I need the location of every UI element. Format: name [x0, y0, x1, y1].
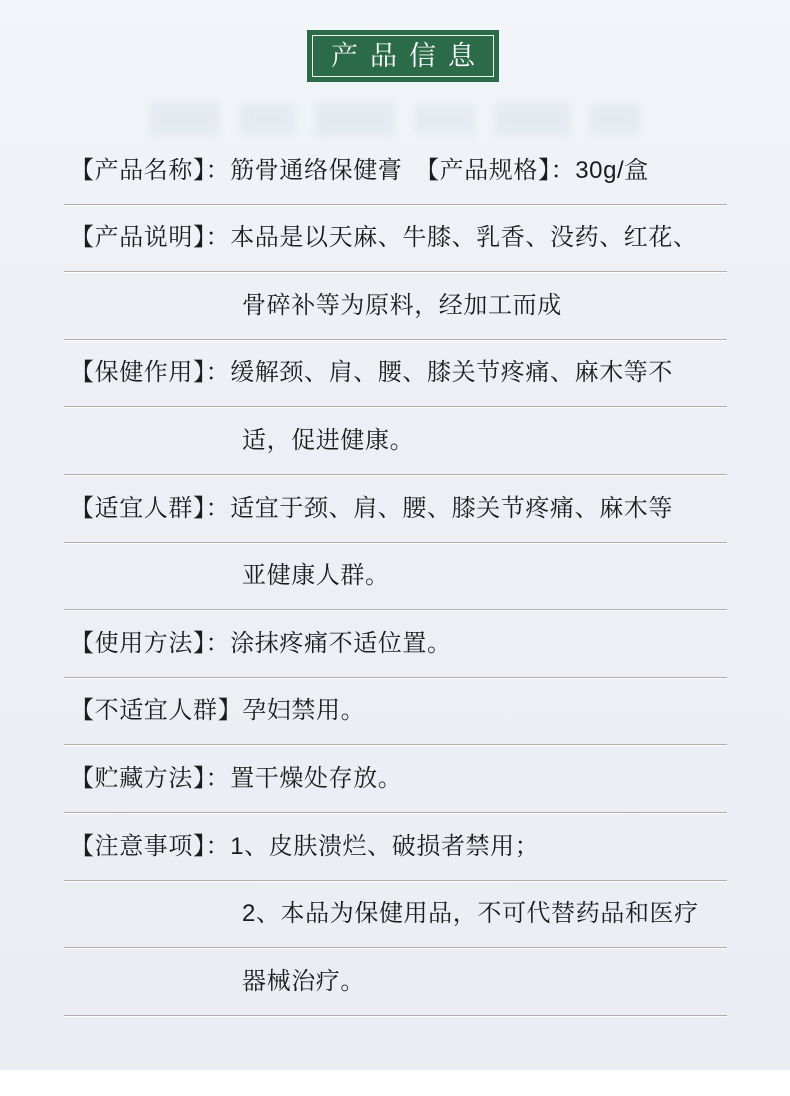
- info-line-text: 亚健康人群。: [242, 560, 390, 591]
- info-line: 【产品名称】：筋骨通络保健膏 【产品规格】：30g/盒: [64, 137, 727, 205]
- product-info-list: 【产品名称】：筋骨通络保健膏 【产品规格】：30g/盒【产品说明】：本品是以天麻…: [64, 137, 727, 1016]
- info-line: 适，促进健康。: [64, 407, 727, 475]
- info-line-text: 【使用方法】：涂抹疼痛不适位置。: [70, 628, 452, 659]
- section-title: 产品信息: [331, 43, 487, 70]
- info-line-text: 2、本品为保健用品，不可代替药品和医疗: [242, 898, 699, 929]
- info-line: 2、本品为保健用品，不可代替药品和医疗: [64, 881, 727, 949]
- info-line: 【保健作用】：缓解颈、肩、腰、膝关节疼痛、麻木等不: [64, 340, 727, 408]
- info-line-text: 骨碎补等为原料，经加工而成: [242, 290, 562, 321]
- info-line: 器械治疗。: [64, 948, 727, 1016]
- product-info-page: 产品信息 【产品名称】：筋骨通络保健膏 【产品规格】：30g/盒【产品说明】：本…: [0, 0, 790, 1096]
- info-line-text: 【不适宜人群】孕妇禁用。: [70, 695, 365, 726]
- info-line-text: 【贮藏方法】：置干燥处存放。: [70, 763, 402, 794]
- info-line: 骨碎补等为原料，经加工而成: [64, 272, 727, 340]
- info-line: 【不适宜人群】孕妇禁用。: [64, 678, 727, 746]
- info-line-text: 器械治疗。: [242, 966, 365, 997]
- section-banner: 产品信息: [307, 30, 499, 82]
- info-line-text: 适，促进健康。: [242, 425, 414, 456]
- banner-inner-border: 产品信息: [312, 35, 494, 77]
- info-line-text: 【产品名称】：筋骨通络保健膏 【产品规格】：30g/盒: [70, 155, 649, 186]
- info-line-text: 【适宜人群】：适宜于颈、肩、腰、膝关节疼痛、麻木等: [70, 493, 673, 524]
- info-line: 【适宜人群】：适宜于颈、肩、腰、膝关节疼痛、麻木等: [64, 475, 727, 543]
- info-line: 【贮藏方法】：置干燥处存放。: [64, 745, 727, 813]
- info-line-text: 【保健作用】：缓解颈、肩、腰、膝关节疼痛、麻木等不: [70, 357, 673, 388]
- info-line: 【注意事项】：1、皮肤溃烂、破损者禁用；: [64, 813, 727, 881]
- info-line: 【使用方法】：涂抹疼痛不适位置。: [64, 610, 727, 678]
- info-line-text: 【注意事项】：1、皮肤溃烂、破损者禁用；: [70, 831, 539, 862]
- info-line-text: 【产品说明】：本品是以天麻、牛膝、乳香、没药、红花、: [70, 222, 698, 253]
- info-line: 亚健康人群。: [64, 543, 727, 611]
- info-line: 【产品说明】：本品是以天麻、牛膝、乳香、没药、红花、: [64, 205, 727, 273]
- footer-strip: [0, 1070, 790, 1096]
